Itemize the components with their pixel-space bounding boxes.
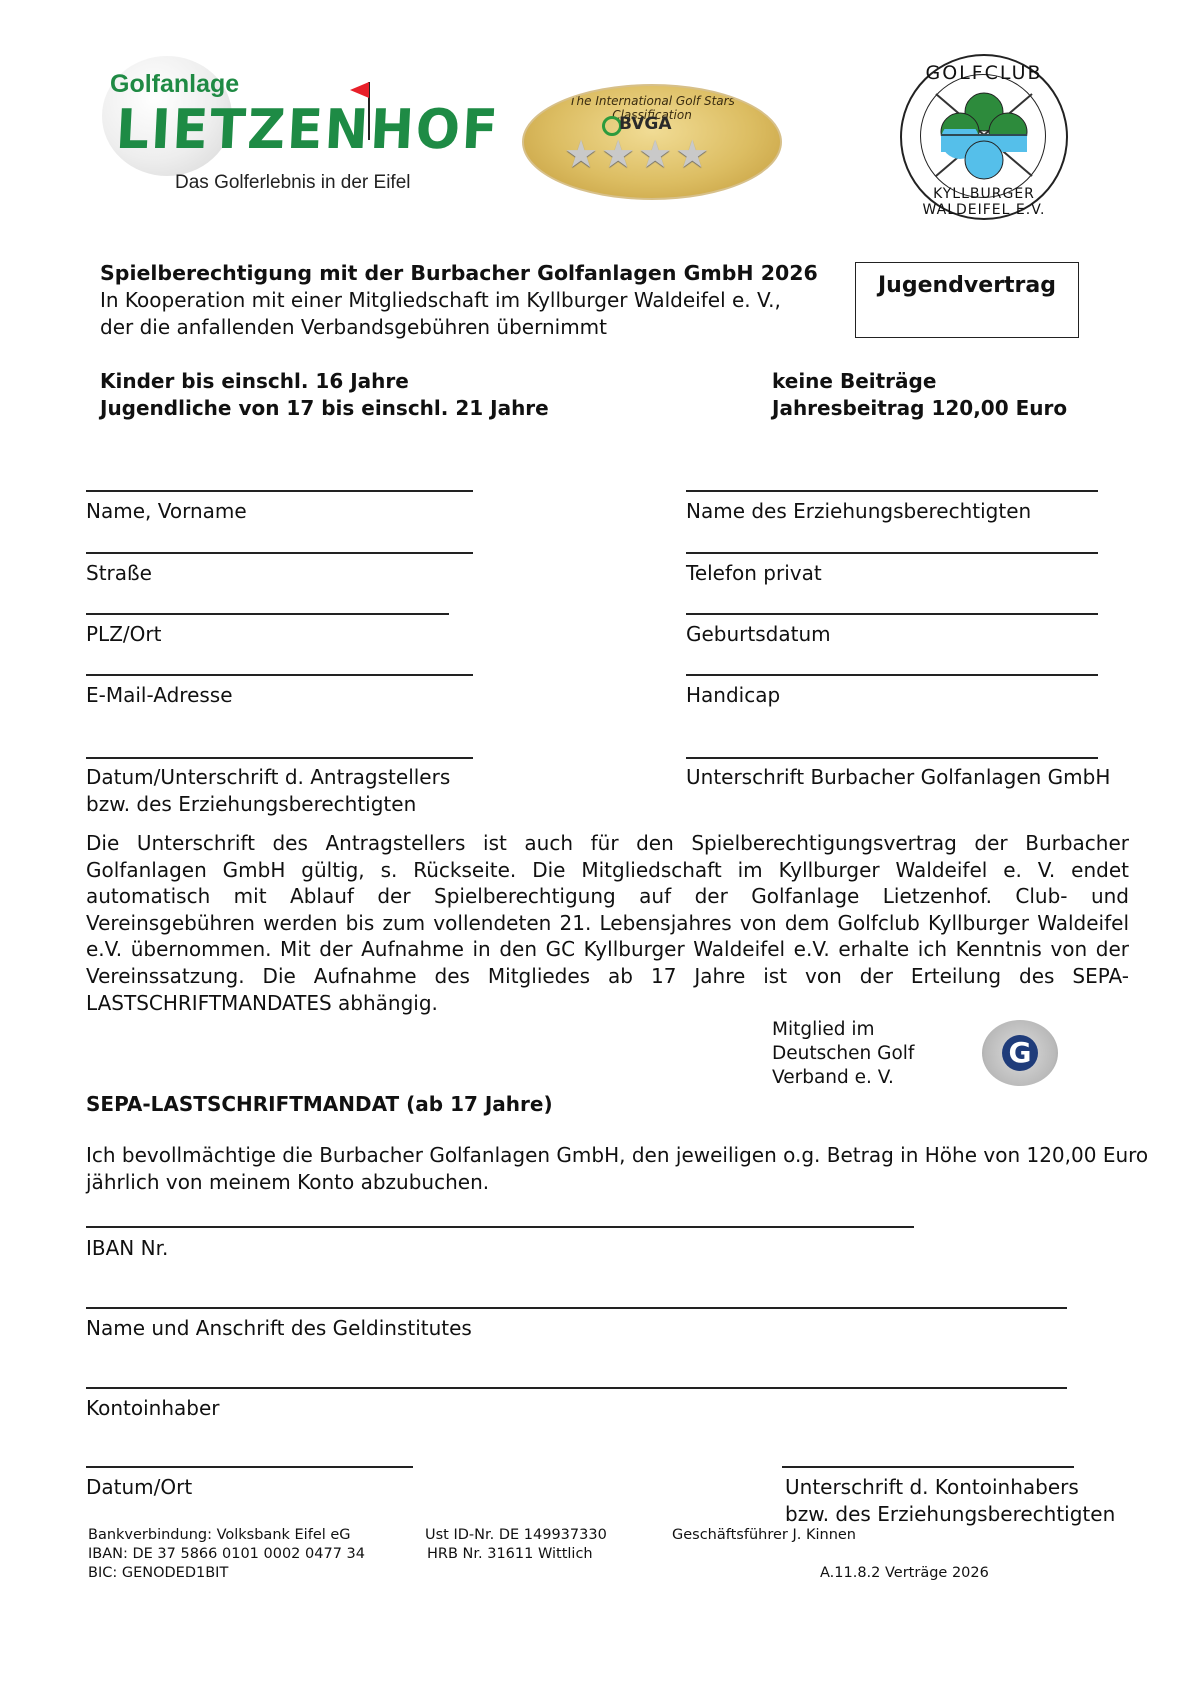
golfclub-top-text: GOLFCLUB <box>912 62 1056 84</box>
fee-youth: Jahresbeitrag 120,00 Euro <box>772 395 1067 421</box>
applicant-signature-label-2: bzw. des Erziehungsberechtigten <box>86 791 416 817</box>
footer-bank: Bankverbindung: Volksbank Eifel eG <box>88 1526 351 1545</box>
document-title: Spielberechtigung mit der Burbacher Golf… <box>100 260 818 286</box>
account-holder-signature-label: Unterschrift d. Kontoinhabers <box>785 1474 1079 1500</box>
fee-group-children: Kinder bis einschl. 16 Jahre <box>100 368 409 394</box>
phone-field-line[interactable] <box>686 552 1098 554</box>
membership-line-2: Deutschen Golf <box>772 1042 914 1066</box>
fee-children: keine Beiträge <box>772 368 936 394</box>
bvga-classification-logo: The International Golf Stars Classificat… <box>522 84 782 200</box>
date-place-field-label: Datum/Ort <box>86 1474 192 1500</box>
bank-field-line[interactable] <box>86 1307 1067 1309</box>
contract-type-label: Jugendvertrag <box>856 273 1078 298</box>
footer-vat-id: Ust ID-Nr. DE 149937330 <box>425 1526 607 1545</box>
handicap-field-line[interactable] <box>686 674 1098 676</box>
account-holder-field-label: Kontoinhaber <box>86 1395 220 1421</box>
footer-document-ref: A.11.8.2 Verträge 2026 <box>820 1564 989 1583</box>
membership-line-1: Mitglied im <box>772 1018 914 1042</box>
dgv-membership-text: Mitglied im Deutschen Golf Verband e. V. <box>772 1018 914 1090</box>
guardian-field-label: Name des Erziehungsberechtigten <box>686 498 1031 524</box>
birthdate-field-line[interactable] <box>686 613 1098 615</box>
city-field-label: PLZ/Ort <box>86 621 161 647</box>
date-place-field-line[interactable] <box>86 1466 413 1468</box>
footer-trade-register: HRB Nr. 31611 Wittlich <box>427 1545 593 1564</box>
applicant-signature-line[interactable] <box>86 757 473 759</box>
contract-type-box: Jugendvertrag <box>855 262 1079 338</box>
logo-tagline: Das Golferlebnis in der Eifel <box>175 172 411 194</box>
phone-field-label: Telefon privat <box>686 560 822 586</box>
sepa-text-1: Ich bevollmächtige die Burbacher Golfanl… <box>86 1142 1148 1168</box>
membership-line-3: Verband e. V. <box>772 1066 914 1090</box>
company-signature-label: Unterschrift Burbacher Golfanlagen GmbH <box>686 764 1110 790</box>
account-holder-signature-label-2: bzw. des Erziehungsberechtigten <box>785 1501 1115 1527</box>
email-field-label: E-Mail-Adresse <box>86 682 233 708</box>
footer-bic: BIC: GENODED1BIT <box>88 1564 228 1583</box>
city-field-line[interactable] <box>86 613 449 615</box>
logo-subtitle: Golfanlage <box>110 70 239 99</box>
dgv-logo: G <box>982 1020 1058 1086</box>
star-rating-icon: ★★★★ <box>564 132 712 176</box>
name-field-label: Name, Vorname <box>86 498 247 524</box>
golfclub-bottom-text: KYLLBURGER WALDEIFEL E.V. <box>912 186 1056 218</box>
footer-manager: Geschäftsführer J. Kinnen <box>672 1526 856 1545</box>
street-field-label: Straße <box>86 560 152 586</box>
cooperation-line-2: der die anfallenden Verbandsgebühren übe… <box>100 314 607 340</box>
golfclub-kyllburger-logo: GOLFCLUB KYLLBURGER WALDEIFEL E.V. <box>900 54 1068 220</box>
lietzenhof-logo: Golfanlage LIETZENHOF Das Golferlebnis i… <box>100 52 430 202</box>
street-field-line[interactable] <box>86 552 473 554</box>
cooperation-line-1: In Kooperation mit einer Mitgliedschaft … <box>100 287 781 313</box>
name-field-line[interactable] <box>86 490 473 492</box>
sepa-text-2: jährlich von meinem Konto abzubuchen. <box>86 1169 489 1195</box>
bank-field-label: Name und Anschrift des Geldinstitutes <box>86 1315 472 1341</box>
account-holder-field-line[interactable] <box>86 1387 1067 1389</box>
sepa-title: SEPA-LASTSCHRIFTMANDAT (ab 17 Jahre) <box>86 1091 553 1117</box>
email-field-line[interactable] <box>86 674 473 676</box>
applicant-signature-label: Datum/Unterschrift d. Antragstellers <box>86 764 450 790</box>
cloverleaf-icon <box>922 80 1046 192</box>
birthdate-field-label: Geburtsdatum <box>686 621 831 647</box>
guardian-field-line[interactable] <box>686 490 1098 492</box>
terms-paragraph: Die Unterschrift des Antragstellers ist … <box>86 830 1129 1016</box>
iban-field-line[interactable] <box>86 1226 914 1228</box>
fee-group-youth: Jugendliche von 17 bis einschl. 21 Jahre <box>100 395 549 421</box>
logo-wordmark: LIETZENHOF <box>114 99 501 162</box>
flag-icon <box>350 82 369 98</box>
dgv-g-icon: G <box>1002 1035 1038 1071</box>
company-signature-line[interactable] <box>686 757 1098 759</box>
bvga-mark: BVGA <box>619 114 672 134</box>
handicap-field-label: Handicap <box>686 682 780 708</box>
account-holder-signature-line[interactable] <box>782 1466 1074 1468</box>
iban-field-label: IBAN Nr. <box>86 1235 168 1261</box>
footer-iban: IBAN: DE 37 5866 0101 0002 0477 34 <box>88 1545 365 1564</box>
